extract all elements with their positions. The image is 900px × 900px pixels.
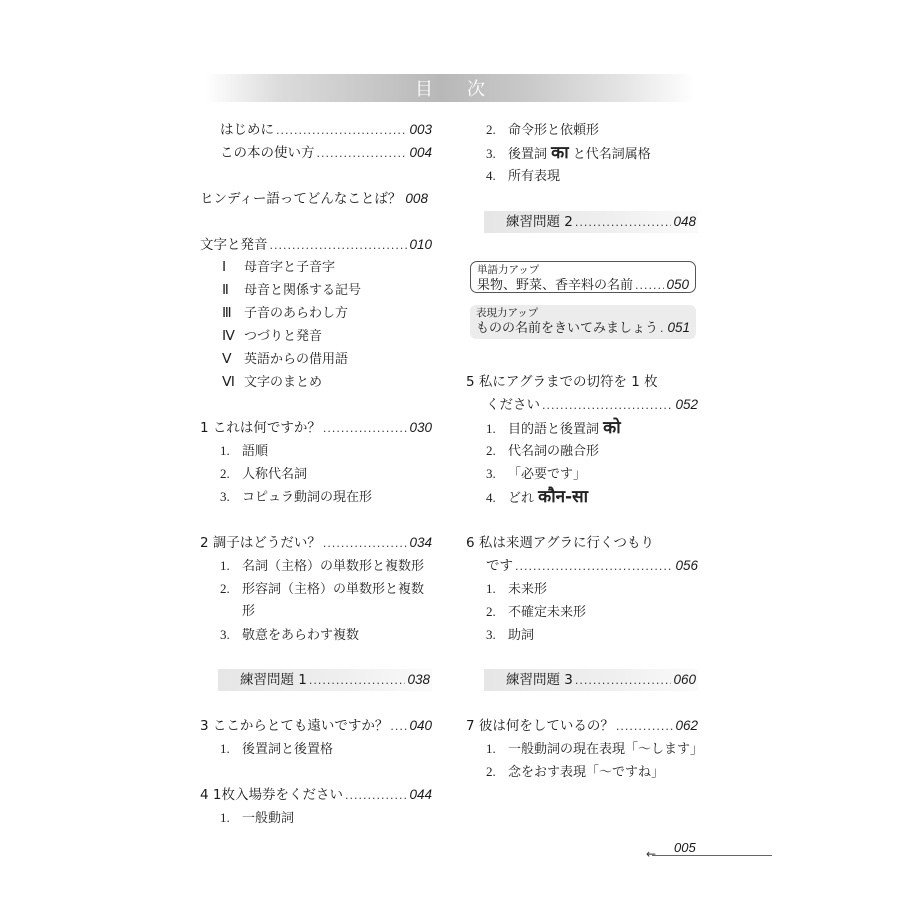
toc-subentry[interactable]: 1.一般動詞の現在表現「～します」	[466, 738, 698, 760]
page-number: 060	[673, 669, 696, 691]
page-title: 目次	[381, 75, 519, 101]
toc-subentry[interactable]: 3.後置詞 का と代名詞属格	[466, 142, 698, 164]
toc-subentry[interactable]: 1.名詞（主格）の単数形と複数形	[200, 555, 432, 577]
toc-subentry[interactable]: 1.目的語と後置詞 को	[466, 417, 698, 439]
toc-subentry[interactable]: Ⅰ母音字と子音字	[200, 257, 432, 279]
page-number: 050	[666, 277, 689, 293]
toc-subentry-continuation: 形	[200, 601, 432, 623]
page-number: 010	[409, 234, 432, 256]
toc-subentry[interactable]: Ⅲ子音のあらわし方	[200, 303, 432, 325]
toc-entry-vocab-up[interactable]: 単語力アップ 果物、野菜、香辛料の名前050	[470, 261, 696, 293]
page-number: 051	[667, 320, 690, 336]
toc-entry-intro[interactable]: はじめに003	[220, 119, 432, 141]
toc-subentry[interactable]: 2.人称代名詞	[200, 463, 432, 485]
section-tag: 表現力アップ	[476, 307, 690, 320]
footer-rule	[652, 855, 772, 856]
toc-subentry[interactable]: 1.一般動詞	[200, 807, 432, 829]
toc-entry-chapter-4[interactable]: 4 1枚入場券をください044	[200, 784, 432, 806]
page-footer: ← 005	[646, 840, 772, 860]
toc-entry-expression-up[interactable]: 表現力アップ ものの名前をきいてみましょう051	[470, 305, 696, 339]
page-number: 030	[409, 417, 432, 439]
toc-entry-practice-2[interactable]: 練習問題 2048	[484, 211, 698, 233]
page-number: 038	[407, 669, 430, 691]
hindi-word: को	[603, 418, 620, 438]
toc-subentry[interactable]: 3.助詞	[466, 624, 698, 646]
toc-entry-chapter-5-title[interactable]: 5 私にアグラまでの切符を 1 枚	[466, 371, 698, 393]
page-number: 048	[673, 211, 696, 233]
toc-title-bar: 目次	[205, 74, 695, 102]
toc-subentry[interactable]: Ⅱ母音と関係する記号	[200, 280, 432, 302]
hindi-word: कौन-सा	[538, 487, 588, 507]
toc-entry-hindi-about[interactable]: ヒンディー語ってどんなことば？008	[200, 188, 432, 210]
toc-subentry[interactable]: 2.形容詞（主格）の単数形と複数	[200, 578, 432, 600]
page-number: 008	[405, 188, 428, 210]
toc-subentry[interactable]: 3.「必要です」	[466, 463, 698, 485]
toc-subentry[interactable]: Ⅴ英語からの借用語	[200, 349, 432, 371]
toc-entry-chapter-7[interactable]: 7 彼は何をしているの？062	[466, 715, 698, 737]
page-number: 044	[409, 784, 432, 806]
page-number: 004	[409, 142, 432, 164]
toc-subentry[interactable]: 1.語順	[200, 440, 432, 462]
hindi-word: का	[551, 143, 568, 163]
toc-entry-practice-1[interactable]: 練習問題 1038	[218, 669, 432, 691]
page-number: 003	[409, 119, 432, 141]
toc-entry-chapter-2[interactable]: 2 調子はどうだい？034	[200, 532, 432, 554]
toc-entry-practice-3[interactable]: 練習問題 3060	[484, 669, 698, 691]
toc-subentry[interactable]: Ⅳつづりと発音	[200, 326, 432, 348]
toc-subentry[interactable]: 1.未来形	[466, 578, 698, 600]
toc-entry-chapter-6[interactable]: です056	[486, 555, 698, 577]
toc-subentry[interactable]: 2.不確定未来形	[466, 601, 698, 623]
toc-entry-how-to-use[interactable]: この本の使い方004	[220, 142, 432, 164]
toc-entry-chapter-3[interactable]: 3 ここからとても遠いですか？040	[200, 715, 432, 737]
arrow-left-icon: ←	[646, 847, 656, 861]
toc-subentry[interactable]: 4.どれ कौन-सा	[466, 486, 698, 508]
page-number: 040	[409, 715, 432, 737]
toc-subentry[interactable]: Ⅵ文字のまとめ	[200, 372, 432, 394]
toc-entry-chapter-1[interactable]: 1 これは何ですか？030	[200, 417, 432, 439]
toc-subentry[interactable]: 3.コピュラ動詞の現在形	[200, 486, 432, 508]
toc-subentry[interactable]: 2.命令形と依頼形	[466, 119, 698, 141]
toc-subentry[interactable]: 2.念をおす表現「～ですね」	[466, 761, 698, 783]
page-number: 052	[675, 394, 698, 416]
toc-entry-chapter-5[interactable]: ください052	[486, 394, 698, 416]
page-number: 062	[675, 715, 698, 737]
toc-entry-chapter-6-title[interactable]: 6 私は来週アグラに行くつもり	[466, 532, 698, 554]
page-number: 056	[675, 555, 698, 577]
toc-subentry[interactable]: 1.後置詞と後置格	[200, 738, 432, 760]
footer-page-number: 005	[674, 840, 696, 855]
section-tag: 単語力アップ	[477, 264, 689, 277]
toc-entry-letters[interactable]: 文字と発音010	[200, 234, 432, 256]
toc-subentry[interactable]: 4.所有表現	[466, 165, 698, 187]
page-number: 034	[409, 532, 432, 554]
toc-subentry[interactable]: 2.代名詞の融合形	[466, 440, 698, 462]
toc-subentry[interactable]: 3.敬意をあらわす複数	[200, 624, 432, 646]
